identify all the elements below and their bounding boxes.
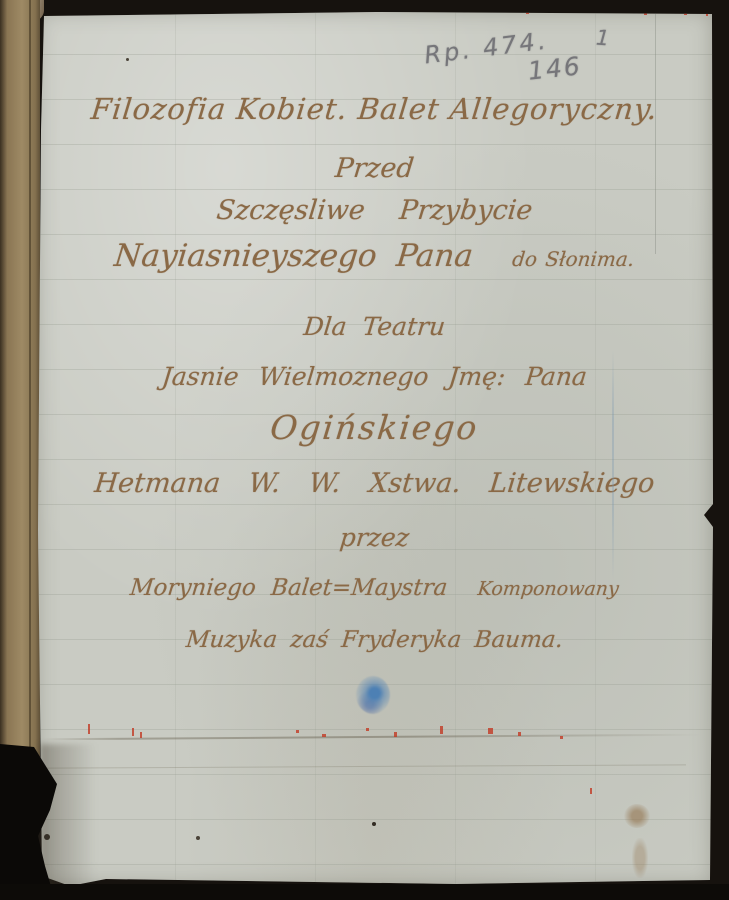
brown-stain	[624, 804, 650, 828]
scanned-manuscript-photo: Rp. 474. 1 146 Filozofia Kobiet. Balet A…	[0, 0, 729, 900]
scan-background-bottom	[0, 884, 729, 900]
title-line-pana: Nayiasnieyszego Pana do Słonima.	[34, 238, 715, 274]
ink-speck	[372, 822, 376, 826]
title-line-muzyka: Muzyka zaś Fryderyka Bauma.	[35, 627, 715, 653]
tear-shadow	[40, 744, 110, 894]
title-line-pana-suffix: do Słonima.	[511, 247, 635, 271]
blue-ink-blot	[356, 676, 390, 714]
page-number-pencil-annotation: 146	[527, 51, 583, 85]
title-line-przybycie: Szczęsliwe Przybycie	[34, 195, 714, 226]
book-binding-edge	[0, 0, 40, 764]
brown-stain-faint	[632, 838, 648, 878]
vertical-fold-line	[655, 14, 656, 254]
ink-speck	[196, 836, 200, 840]
folio-mark-pencil-annotation: 1	[595, 26, 610, 51]
title-line-moryniego-suffix: Komponowany	[477, 578, 620, 600]
manuscript-page: Rp. 474. 1 146 Filozofia Kobiet. Balet A…	[36, 10, 713, 886]
title-line-pana-main: Nayiasnieyszego Pana	[113, 238, 475, 274]
title-line-przed: Przed	[34, 153, 714, 184]
title-line-main: Filozofia Kobiet. Balet Allegoryczny.	[34, 92, 715, 126]
binding-gutter-line	[29, 0, 31, 764]
vertical-fold-blue	[612, 350, 614, 580]
horizontal-crease-faint	[46, 764, 686, 768]
title-line-moryniego-main: Moryniego Balet=Maystra	[129, 575, 449, 601]
ink-speck	[126, 58, 129, 61]
title-line-dla-teatru: Dla Teatru	[34, 312, 714, 341]
